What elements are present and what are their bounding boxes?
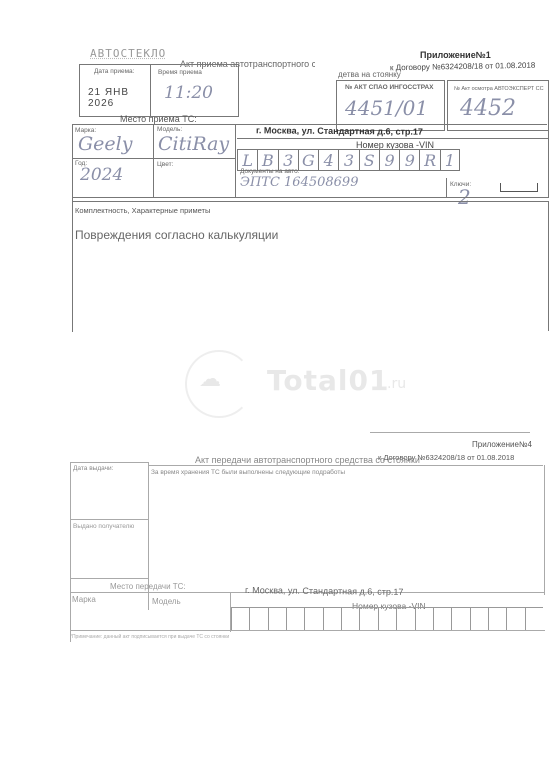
divider [148,465,543,466]
col-divider [235,124,236,197]
color-label: Цвет: [157,161,173,168]
vin-cell[interactable]: L [237,150,257,170]
divider [70,630,545,631]
vin-cell[interactable]: 4 [318,150,338,170]
divider [237,138,549,139]
vin-cell[interactable] [451,608,469,630]
col-divider [153,124,154,197]
vin-cell[interactable]: 3 [278,150,298,170]
vin-cell[interactable] [268,608,286,630]
vin-cell[interactable] [249,608,267,630]
equipment-value[interactable]: Повреждения согласно калькуляции [75,228,278,242]
vin-cell[interactable] [415,608,433,630]
insurer-value[interactable]: 4451/01 [345,96,428,120]
vin-cell[interactable]: S [359,150,379,170]
equipment-label: Комплектность, Характерные приметы [75,206,210,215]
vin-cell[interactable] [231,608,249,630]
divider [70,578,148,579]
vin-cell[interactable] [304,608,322,630]
divider [370,432,530,433]
vin-cell[interactable] [378,608,396,630]
expert-act-value[interactable]: 4452 [460,96,516,121]
right-border [548,124,549,197]
act-title: Акт передачи автотранспортного средства … [195,455,420,465]
vin-grid[interactable] [231,607,543,630]
vin-cell[interactable]: 9 [379,150,399,170]
brand-label: Марка [72,595,96,604]
works-label: За время хранения ТС были выполнены след… [151,469,345,476]
act-title-cont: детва на стоянку [338,70,401,79]
address: г. Москва, ул. Стандартная д.6, стр.17 [256,125,423,136]
right-border [548,201,549,331]
model-value[interactable]: CitiRay [158,133,229,155]
vin-cell[interactable] [286,608,304,630]
company-stamp: АВТОСТЕКЛО [90,47,166,60]
docs-label: Документы на авто: [240,168,300,175]
docs-value[interactable]: ЭПТС 164508699 [240,175,358,190]
vin-cell[interactable] [506,608,524,630]
vin-cell[interactable]: B [257,150,277,170]
expert-act-label: № Акт осмотра АВТОЭКСПЕРТ СС [454,86,544,92]
year-value[interactable]: 2024 [80,165,123,185]
watermark-text: Total01 [267,364,389,397]
time-label: Время приема [158,69,202,76]
address: г. Москва, ул. Стандартная д.6, стр.17 [245,585,404,597]
vin-cell[interactable]: 3 [338,150,358,170]
vin-cell[interactable] [525,608,543,630]
vin-cell[interactable] [323,608,341,630]
time-cell: Время приема 11:20 [150,64,239,117]
insurer-label: № АКТ СПАО ИНГОССТРАХ [345,84,434,91]
vin-cell[interactable]: R [419,150,439,170]
vin-cell[interactable] [396,608,414,630]
vin-cell[interactable]: 9 [399,150,419,170]
vin-cell[interactable]: G [298,150,318,170]
keys-bracket [500,183,538,192]
appendix-title: Приложение№1 [420,50,491,60]
brand-value[interactable]: Geely [78,133,132,155]
watermark-suffix: .ru [387,376,406,392]
vin-cell[interactable] [359,608,377,630]
vin-cell[interactable] [488,608,506,630]
col-divider [446,178,447,198]
contract-reference: к Договору №6324208/18 от 01.08.2018 [390,61,535,73]
date-cell: Дата приема: 21 ЯНВ 2026 [79,64,151,117]
vin-cell[interactable]: 1 [440,150,460,170]
recipient-label: Выдано получателю [73,523,134,530]
left-border [72,124,73,332]
right-border [544,465,545,595]
model-label: Модель: [157,126,182,133]
place-label: Место передачи ТС: [110,582,186,591]
date-label: Дата выдачи: [73,465,113,472]
divider [72,197,549,198]
vin-cell[interactable] [470,608,488,630]
vin-cell[interactable] [341,608,359,630]
model-label: Модель [152,597,181,606]
footnote: *Примечание: данный акт подписывается пр… [70,634,229,640]
date-label: Дата приема: [94,68,134,75]
car-cloud-icon: ☁ [199,367,221,392]
left-border [70,462,71,642]
divider [70,519,148,520]
divider [72,158,235,159]
vin-cell[interactable] [433,608,451,630]
watermark: ☁ Total01 .ru [185,350,425,420]
divider [70,462,148,463]
date-value[interactable]: 21 ЯНВ 2026 [88,87,150,109]
time-value[interactable]: 11:20 [164,83,213,103]
appendix-title: Приложение№4 [472,440,532,449]
place-label: Место приема ТС: [120,114,197,124]
divider [72,201,549,202]
